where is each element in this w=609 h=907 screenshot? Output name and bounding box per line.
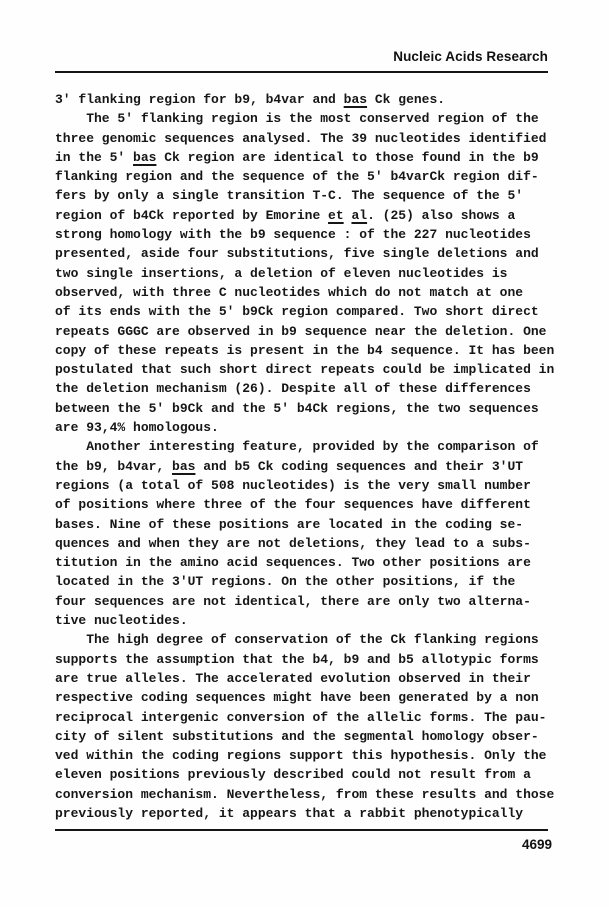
text-segment: are 93,4% homologous.: [55, 420, 219, 435]
text-line: four sequences are not identical, there …: [55, 592, 555, 611]
text-segment: regions (a total of 508 nucleotides) is …: [55, 478, 531, 493]
underlined-text: bas: [172, 459, 195, 474]
header-rule: [55, 71, 548, 73]
text-segment: four sequences are not identical, there …: [55, 594, 531, 609]
text-segment: fers by only a single transition T-C. Th…: [55, 188, 523, 203]
text-segment: the deletion mechanism (26). Despite all…: [55, 381, 531, 396]
underlined-text: bas: [344, 92, 367, 107]
text-line: postulated that such short direct repeat…: [55, 360, 555, 379]
text-segment: located in the 3'UT regions. On the othe…: [55, 574, 515, 589]
journal-title: Nucleic Acids Research: [393, 49, 548, 64]
text-line: in the 5' bas Ck region are identical to…: [55, 148, 555, 167]
text-segment: titution in the amino acid sequences. Tw…: [55, 555, 531, 570]
text-segment: tive nucleotides.: [55, 613, 188, 628]
text-segment: Another interesting feature, provided by…: [55, 439, 539, 454]
text-segment: Ck genes.: [367, 92, 445, 107]
text-segment: of positions where three of the four seq…: [55, 497, 531, 512]
text-line: the b9, b4var, bas and b5 Ck coding sequ…: [55, 457, 555, 476]
text-segment: reciprocal intergenic conversion of the …: [55, 710, 546, 725]
text-line: the deletion mechanism (26). Despite all…: [55, 379, 555, 398]
text-line: ved within the coding regions support th…: [55, 746, 555, 765]
document-body: 3' flanking region for b9, b4var and bas…: [55, 90, 555, 823]
text-segment: quences and when they are not deletions,…: [55, 536, 531, 551]
text-line: tive nucleotides.: [55, 611, 555, 630]
journal-page: Nucleic Acids Research 3' flanking regio…: [0, 0, 609, 907]
text-line: respective coding sequences might have b…: [55, 688, 555, 707]
text-line: two single insertions, a deletion of ele…: [55, 264, 555, 283]
text-segment: eleven positions previously described co…: [55, 767, 531, 782]
text-segment: between the 5' b9Ck and the 5' b4Ck regi…: [55, 401, 539, 416]
text-line: copy of these repeats is present in the …: [55, 341, 555, 360]
text-segment: presented, aside four substitutions, fiv…: [55, 246, 539, 261]
text-line: are 93,4% homologous.: [55, 418, 555, 437]
text-segment: . (25) also shows a: [367, 208, 515, 223]
text-line: fers by only a single transition T-C. Th…: [55, 186, 555, 205]
text-line: titution in the amino acid sequences. Tw…: [55, 553, 555, 572]
text-segment: bases. Nine of these positions are locat…: [55, 517, 523, 532]
text-segment: ved within the coding regions support th…: [55, 748, 546, 763]
text-segment: of its ends with the 5' b9Ck region comp…: [55, 304, 539, 319]
text-line: of positions where three of the four seq…: [55, 495, 555, 514]
text-segment: conversion mechanism. Nevertheless, from…: [55, 787, 554, 802]
text-line: are true alleles. The accelerated evolut…: [55, 669, 555, 688]
text-line: reciprocal intergenic conversion of the …: [55, 708, 555, 727]
text-line: presented, aside four substitutions, fiv…: [55, 244, 555, 263]
text-segment: Ck region are identical to those found i…: [156, 150, 538, 165]
text-segment: region of b4Ck reported by Emorine: [55, 208, 328, 223]
text-line: The 5' flanking region is the most conse…: [55, 109, 555, 128]
text-line: observed, with three C nucleotides which…: [55, 283, 555, 302]
text-segment: observed, with three C nucleotides which…: [55, 285, 523, 300]
text-segment: are true alleles. The accelerated evolut…: [55, 671, 531, 686]
text-segment: The high degree of conservation of the C…: [55, 632, 539, 647]
text-line: Another interesting feature, provided by…: [55, 437, 555, 456]
text-line: strong homology with the b9 sequence : o…: [55, 225, 555, 244]
text-line: repeats GGGC are observed in b9 sequence…: [55, 322, 555, 341]
text-line: located in the 3'UT regions. On the othe…: [55, 572, 555, 591]
underlined-text: bas: [133, 150, 156, 165]
text-segment: three genomic sequences analysed. The 39…: [55, 131, 546, 146]
page-number: 4699: [522, 837, 552, 852]
text-segment: and b5 Ck coding sequences and their 3'U…: [195, 459, 523, 474]
text-line: 3' flanking region for b9, b4var and bas…: [55, 90, 555, 109]
text-segment: strong homology with the b9 sequence : o…: [55, 227, 531, 242]
text-segment: supports the assumption that the b4, b9 …: [55, 652, 539, 667]
text-line: The high degree of conservation of the C…: [55, 630, 555, 649]
text-line: city of silent substitutions and the seg…: [55, 727, 555, 746]
text-segment: postulated that such short direct repeat…: [55, 362, 554, 377]
text-line: eleven positions previously described co…: [55, 765, 555, 784]
text-segment: in the 5': [55, 150, 133, 165]
text-segment: flanking region and the sequence of the …: [55, 169, 539, 184]
text-line: regions (a total of 508 nucleotides) is …: [55, 476, 555, 495]
text-segment: the b9, b4var,: [55, 459, 172, 474]
text-line: previously reported, it appears that a r…: [55, 804, 555, 823]
text-segment: copy of these repeats is present in the …: [55, 343, 554, 358]
underlined-text: al: [351, 208, 367, 223]
footer-rule: [55, 829, 548, 831]
text-line: bases. Nine of these positions are locat…: [55, 515, 555, 534]
text-line: conversion mechanism. Nevertheless, from…: [55, 785, 555, 804]
text-segment: previously reported, it appears that a r…: [55, 806, 523, 821]
text-segment: two single insertions, a deletion of ele…: [55, 266, 507, 281]
text-line: three genomic sequences analysed. The 39…: [55, 129, 555, 148]
text-line: region of b4Ck reported by Emorine et al…: [55, 206, 555, 225]
text-line: supports the assumption that the b4, b9 …: [55, 650, 555, 669]
text-line: quences and when they are not deletions,…: [55, 534, 555, 553]
text-segment: city of silent substitutions and the seg…: [55, 729, 539, 744]
text-line: flanking region and the sequence of the …: [55, 167, 555, 186]
text-segment: repeats GGGC are observed in b9 sequence…: [55, 324, 546, 339]
underlined-text: et: [328, 208, 344, 223]
text-segment: The 5' flanking region is the most conse…: [55, 111, 539, 126]
text-segment: 3' flanking region for b9, b4var and: [55, 92, 344, 107]
text-line: of its ends with the 5' b9Ck region comp…: [55, 302, 555, 321]
text-line: between the 5' b9Ck and the 5' b4Ck regi…: [55, 399, 555, 418]
text-segment: respective coding sequences might have b…: [55, 690, 539, 705]
